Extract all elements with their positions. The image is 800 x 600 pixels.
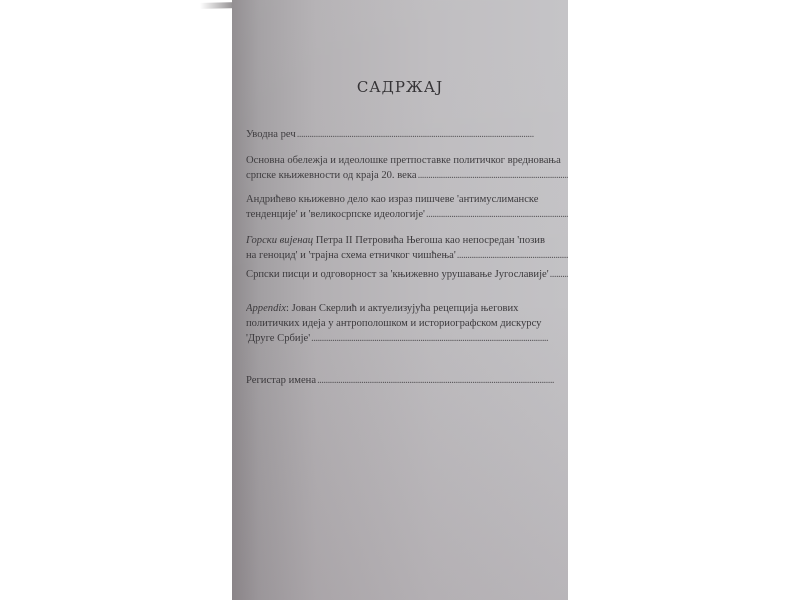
book-page: САДРЖАЈ Уводна реч Основна обележја и ид… [232, 0, 568, 600]
toc-entry-line: политичких идеја у антрополошком и истор… [246, 316, 568, 331]
toc-entry-basic-features: Основна обележја и идеолошке претпоставк… [246, 153, 568, 183]
toc-entry-text: Петра II Петровића Његоша као непосредан… [313, 235, 545, 246]
toc-entry-introduction: Уводна реч [246, 127, 568, 142]
toc-entry-line: Appendix: Јован Скерлић и актуелизујућа … [246, 301, 568, 316]
toc-entry-line: тенденције' и 'великосрпске идеологије' [246, 207, 568, 222]
toc-entry-line: српске књижевности од краја 20. века [246, 168, 568, 183]
toc-entry-line: Основна обележја и идеолошке претпоставк… [246, 153, 568, 168]
toc-entry-line: Српски писци и одговорност за 'књижевно … [246, 267, 568, 282]
toc-entry-line: Регистар имена [246, 373, 568, 388]
toc-entry-text: : Јован Скерлић и актуелизујућа рецепциј… [286, 303, 518, 314]
toc-entry-gorski-vijenac: Горски вијенац Петра II Петровића Његоша… [246, 233, 568, 263]
toc-entry-line: Уводна реч [246, 127, 568, 142]
toc-heading: САДРЖАЈ [232, 78, 568, 96]
italic-appendix-label: Appendix [246, 303, 286, 314]
toc-entry-appendix: Appendix: Јован Скерлић и актуелизујућа … [246, 301, 568, 346]
toc-entry-serbian-writers: Српски писци и одговорност за 'књижевно … [246, 267, 568, 282]
italic-work-title: Горски вијенац [246, 235, 313, 246]
toc-entry-andric: Андрићево књижевно дело као израз пишчев… [246, 192, 568, 222]
toc-entry-line: Андрићево књижевно дело као израз пишчев… [246, 192, 568, 207]
toc-entry-line: на геноцид' и 'трајна схема етничког чиш… [246, 248, 568, 263]
toc-entry-index: Регистар имена [246, 373, 568, 388]
toc-entry-line: 'Друге Србије' [246, 331, 568, 346]
toc-entry-line: Горски вијенац Петра II Петровића Његоша… [246, 233, 568, 248]
